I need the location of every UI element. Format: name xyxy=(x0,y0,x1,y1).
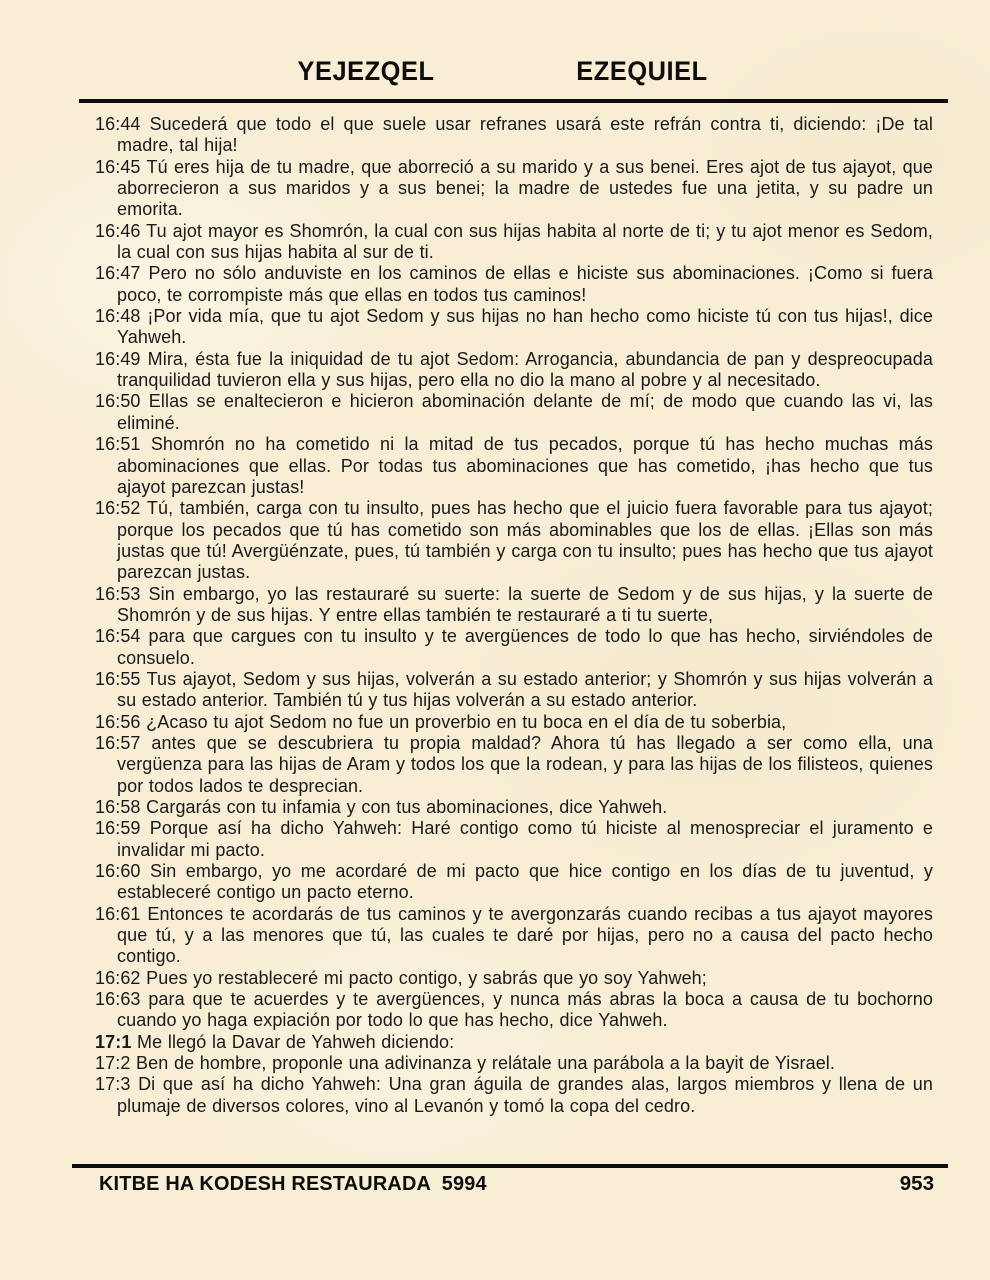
book-page: YEJEZQEL EZEQUIEL 16:44 Sucederá que tod… xyxy=(0,0,990,1280)
verse-text: Me llegó la Davar de Yahweh diciendo: xyxy=(131,1032,454,1052)
verse-text: para que te acuerdes y te avergüences, y… xyxy=(117,989,933,1030)
verse: 16:61 Entonces te acordarás de tus camin… xyxy=(95,904,933,968)
verse: 16:58 Cargarás con tu infamia y con tus … xyxy=(95,797,933,818)
verse: 16:57 antes que se descubriera tu propia… xyxy=(95,733,933,797)
verse-number: 16:61 xyxy=(95,904,141,924)
verse-text: para que cargues con tu insulto y te ave… xyxy=(117,626,933,667)
verse: 17:1 Me llegó la Davar de Yahweh diciend… xyxy=(95,1032,933,1053)
verse-number: 16:52 xyxy=(95,498,141,518)
footer-rule xyxy=(72,1164,948,1168)
verse-number: 16:55 xyxy=(95,669,141,689)
verse-number: 16:45 xyxy=(95,157,141,177)
verse: 16:54 para que cargues con tu insulto y … xyxy=(95,626,933,669)
page-title-hebrew: YEJEZQEL xyxy=(297,56,434,87)
verse-text: Tu ajot mayor es Shomrón, la cual con su… xyxy=(117,221,933,262)
verse: 16:50 Ellas se enaltecieron e hicieron a… xyxy=(95,391,933,434)
verse-number: 16:47 xyxy=(95,263,141,283)
verse-text: Pero no sólo anduviste en los caminos de… xyxy=(117,263,933,304)
verse-number: 17:1 xyxy=(95,1032,131,1052)
verse-number: 16:44 xyxy=(95,114,141,134)
header-rule xyxy=(79,99,948,103)
verse: 16:52 Tú, también, carga con tu insulto,… xyxy=(95,498,933,583)
footer-page-number: 953 xyxy=(900,1172,934,1196)
verse-text: ¡Por vida mía, que tu ajot Sedom y sus h… xyxy=(117,306,933,347)
verse-text: Di que así ha dicho Yahweh: Una gran águ… xyxy=(117,1074,933,1115)
verse-number: 16:60 xyxy=(95,861,141,881)
verse: 16:51 Shomrón no ha cometido ni la mitad… xyxy=(95,434,933,498)
verse-number: 16:49 xyxy=(95,349,141,369)
verse-number: 16:59 xyxy=(95,818,141,838)
verse-text: Sin embargo, yo las restauraré su suerte… xyxy=(117,584,933,625)
verse-text: Sucederá que todo el que suele usar refr… xyxy=(117,114,933,155)
verse-text: Entonces te acordarás de tus caminos y t… xyxy=(117,904,933,967)
verse: 16:47 Pero no sólo anduviste en los cami… xyxy=(95,263,933,306)
verse: 16:56 ¿Acaso tu ajot Sedom no fue un pro… xyxy=(95,712,933,733)
verse: 16:63 para que te acuerdes y te avergüen… xyxy=(95,989,933,1032)
page-title-spanish: EZEQUIEL xyxy=(576,56,707,87)
verse-text: Cargarás con tu infamia y con tus abomin… xyxy=(141,797,668,817)
verse: 16:45 Tú eres hija de tu madre, que abor… xyxy=(95,157,933,221)
verse-text: Porque así ha dicho Yahweh: Haré contigo… xyxy=(117,818,933,859)
verse-number: 16:58 xyxy=(95,797,141,817)
verse-text: Ellas se enaltecieron e hicieron abomina… xyxy=(117,391,933,432)
verse-text: Shomrón no ha cometido ni la mitad de tu… xyxy=(117,434,933,497)
verse: 16:59 Porque así ha dicho Yahweh: Haré c… xyxy=(95,818,933,861)
verse-number: 16:48 xyxy=(95,306,141,326)
verse: 16:44 Sucederá que todo el que suele usa… xyxy=(95,114,933,157)
footer-book-title: KITBE HA KODESH RESTAURADA 5994 xyxy=(99,1172,487,1196)
verse-text: Tú eres hija de tu madre, que aborreció … xyxy=(117,157,933,220)
verse: 16:53 Sin embargo, yo las restauraré su … xyxy=(95,584,933,627)
verse-list: 16:44 Sucederá que todo el que suele usa… xyxy=(95,114,933,1162)
verse-text: Pues yo restableceré mi pacto contigo, y… xyxy=(141,968,707,988)
verse-text: Sin embargo, yo me acordaré de mi pacto … xyxy=(117,861,933,902)
verse-number: 16:50 xyxy=(95,391,141,411)
verse: 16:55 Tus ajayot, Sedom y sus hijas, vol… xyxy=(95,669,933,712)
verse: 16:60 Sin embargo, yo me acordaré de mi … xyxy=(95,861,933,904)
verse-number: 16:53 xyxy=(95,584,141,604)
verse-number: 16:63 xyxy=(95,989,141,1009)
verse: 16:49 Mira, ésta fue la iniquidad de tu … xyxy=(95,349,933,392)
verse-number: 16:62 xyxy=(95,968,141,988)
verse: 17:2 Ben de hombre, proponle una adivina… xyxy=(95,1053,933,1074)
verse-number: 16:51 xyxy=(95,434,141,454)
verse: 16:46 Tu ajot mayor es Shomrón, la cual … xyxy=(95,221,933,264)
verse-number: 16:46 xyxy=(95,221,141,241)
verse-text: ¿Acaso tu ajot Sedom no fue un proverbio… xyxy=(141,712,787,732)
verse: 16:48 ¡Por vida mía, que tu ajot Sedom y… xyxy=(95,306,933,349)
verse-number: 17:2 xyxy=(95,1053,130,1073)
verse: 17:3 Di que así ha dicho Yahweh: Una gra… xyxy=(95,1074,933,1117)
verse-text: antes que se descubriera tu propia malda… xyxy=(117,733,933,796)
verse-text: Ben de hombre, proponle una adivinanza y… xyxy=(130,1053,835,1073)
verse-text: Tus ajayot, Sedom y sus hijas, volverán … xyxy=(117,669,933,710)
verse-text: Tú, también, carga con tu insulto, pues … xyxy=(117,498,933,582)
verse-text: Mira, ésta fue la iniquidad de tu ajot S… xyxy=(117,349,933,390)
verse: 16:62 Pues yo restableceré mi pacto cont… xyxy=(95,968,933,989)
verse-number: 16:56 xyxy=(95,712,141,732)
verse-number: 17:3 xyxy=(95,1074,130,1094)
verse-number: 16:54 xyxy=(95,626,141,646)
verse-number: 16:57 xyxy=(95,733,141,753)
